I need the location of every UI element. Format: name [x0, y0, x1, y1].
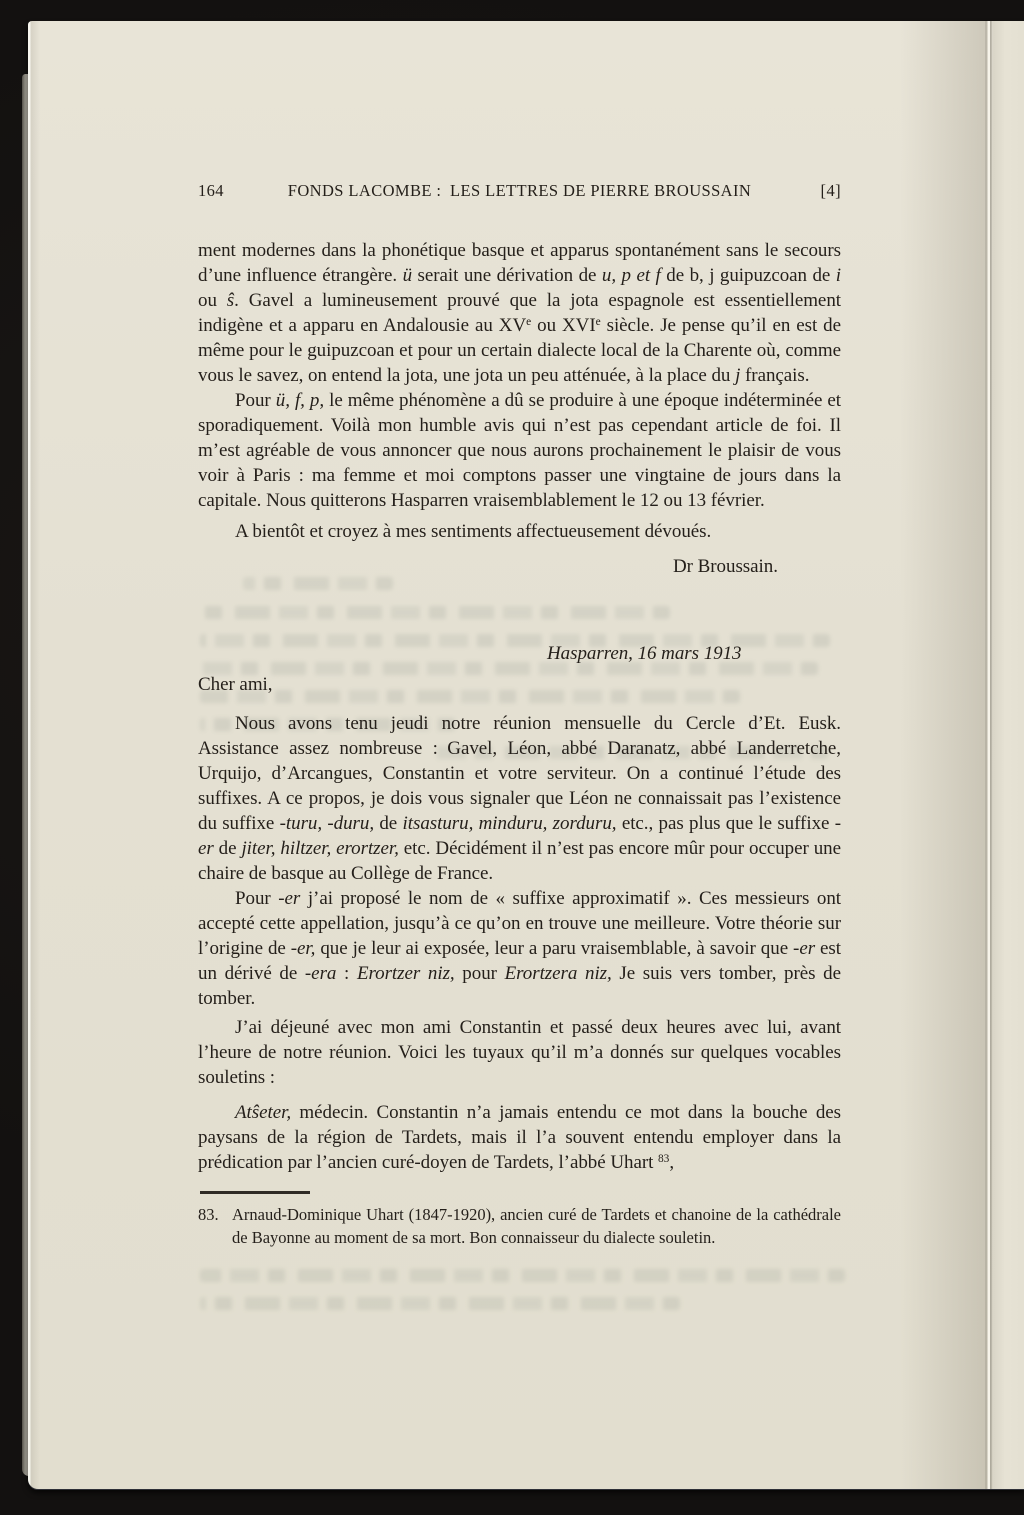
- footnote-text: Arnaud-Dominique Uhart (1847-1920), anci…: [232, 1205, 841, 1247]
- binding-crease: [985, 21, 993, 1489]
- footnote-rule: [200, 1191, 310, 1194]
- paragraph-continuation: ment modernes dans la phonétique basque …: [198, 238, 841, 388]
- paragraph-pour-er: Pour -er j’ai proposé le nom de « suffix…: [198, 886, 841, 1011]
- dateline: Hasparren, 16 mars 1913: [198, 641, 841, 666]
- facing-page-sliver: [993, 21, 1024, 1489]
- bleedthrough-texture: [200, 1269, 845, 1282]
- running-head: 164 FONDS LACOMBE : LES LETTRES DE PIERR…: [198, 181, 841, 201]
- page-number: 164: [198, 181, 268, 201]
- scanned-book-photo: 164 FONDS LACOMBE : LES LETTRES DE PIERR…: [0, 0, 1024, 1515]
- valediction: A bientôt et croyez à mes sentiments aff…: [198, 519, 841, 544]
- bleedthrough-texture: [200, 1297, 680, 1310]
- paragraph-reunion: Nous avons tenu jeudi notre réunion mens…: [198, 711, 841, 886]
- running-title: FONDS LACOMBE : LES LETTRES DE PIERRE BR…: [268, 181, 771, 201]
- salutation: Cher ami,: [198, 672, 841, 697]
- signature: Dr Broussain.: [198, 554, 841, 579]
- paragraph-pour-u: Pour ü, f, p, le même phénomène a dû se …: [198, 388, 841, 513]
- paragraph-dejeuner: J’ai déjeuné avec mon ami Constantin et …: [198, 1015, 841, 1090]
- footnote-number: 83.: [198, 1203, 219, 1226]
- gutter-shadow: [900, 21, 985, 1489]
- issue-marker: [4]: [771, 181, 841, 201]
- footnote: 83. Arnaud-Dominique Uhart (1847-1920), …: [198, 1203, 841, 1249]
- page-content: 164 FONDS LACOMBE : LES LETTRES DE PIERR…: [198, 181, 841, 1249]
- paragraph-atseter: Atŝeter, médecin. Constantin n’a jamais …: [198, 1100, 841, 1175]
- book-page: 164 FONDS LACOMBE : LES LETTRES DE PIERR…: [28, 21, 1024, 1489]
